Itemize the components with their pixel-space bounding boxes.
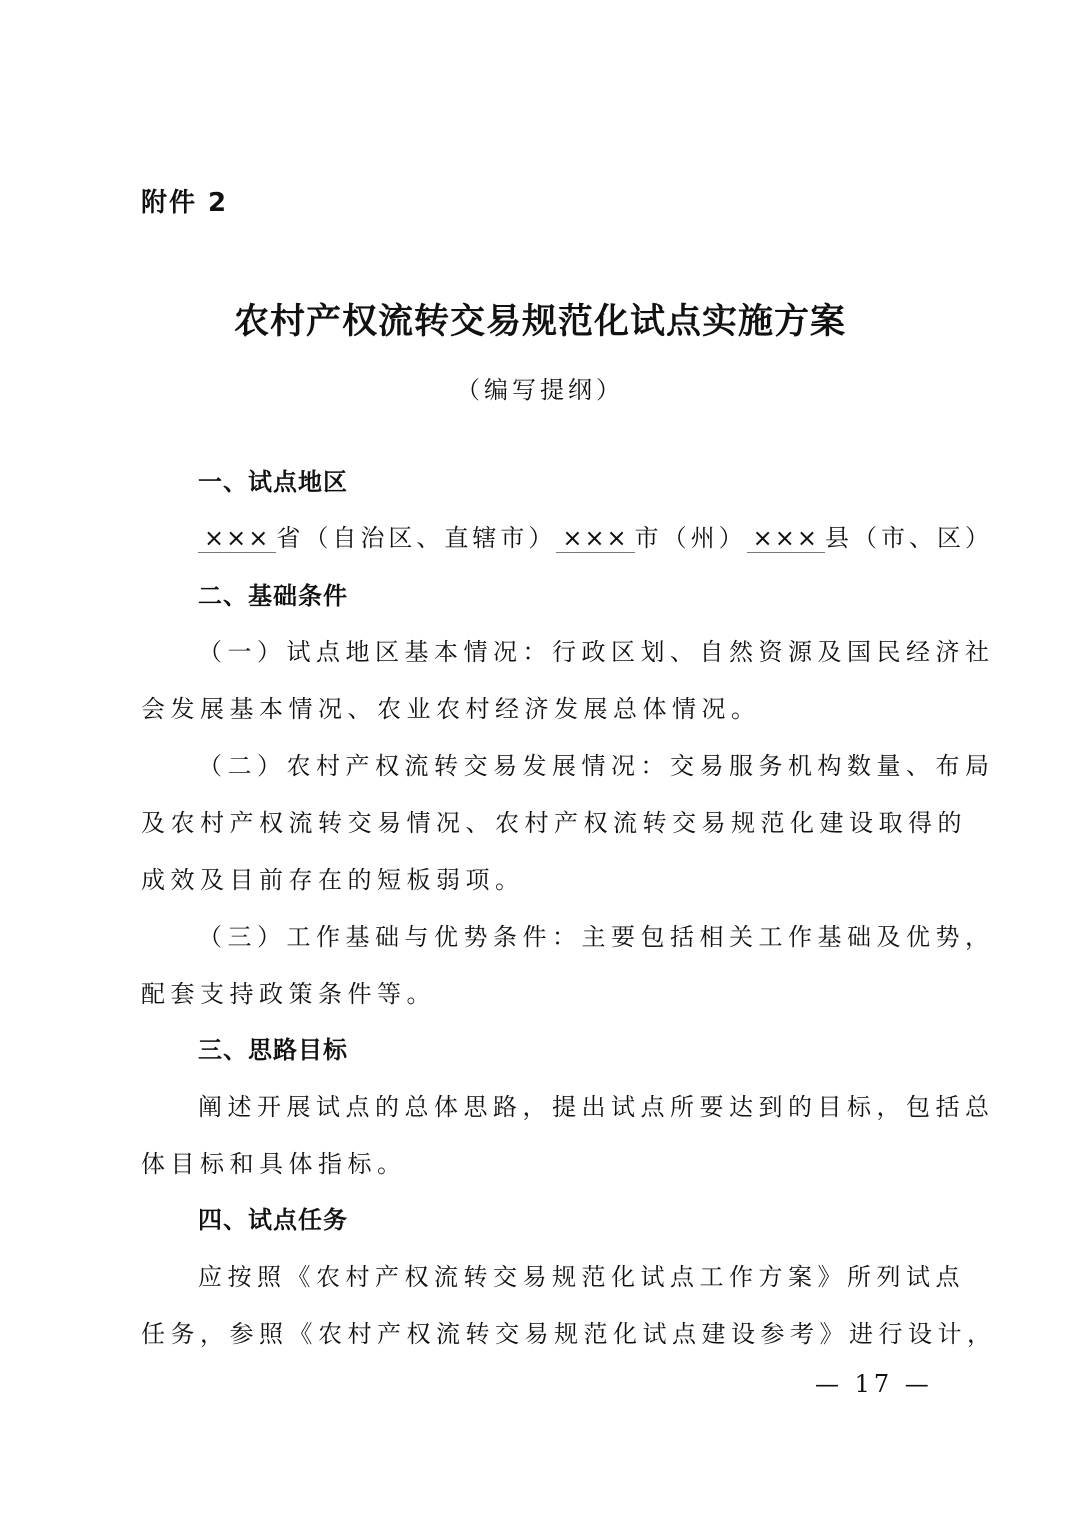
paragraph-line: 会发展基本情况、农业农村经济发展总体情况。: [141, 689, 941, 724]
province-blank: ×××: [198, 524, 276, 553]
paragraph-line: 及农村产权流转交易情况、农村产权流转交易规范化建设取得的: [141, 803, 941, 838]
paragraph-line: （一）试点地区基本情况：行政区划、自然资源及国民经济社: [198, 632, 998, 667]
city-blank: ×××: [556, 524, 634, 553]
attachment-label: 附件 2: [141, 182, 228, 219]
paragraph-line: 任务，参照《农村产权流转交易规范化试点建设参考》进行设计，: [141, 1314, 941, 1349]
document-title: 农村产权流转交易规范化试点实施方案: [0, 294, 1080, 344]
paragraph-line: 体目标和具体指标。: [141, 1144, 941, 1179]
section-heading-2: 二、基础条件: [198, 576, 348, 611]
document-subtitle: （编写提纲）: [0, 370, 1080, 405]
region-line: ×××省（自治区、直辖市）×××市（州）×××县（市、区）: [198, 518, 998, 553]
paragraph-line: 应按照《农村产权流转交易规范化试点工作方案》所列试点: [198, 1257, 998, 1292]
region-text-province: 省（自治区、直辖市）: [276, 524, 556, 552]
paragraph-line: 阐述开展试点的总体思路，提出试点所要达到的目标，包括总: [198, 1087, 998, 1122]
section-heading-1: 一、试点地区: [198, 462, 348, 497]
section-heading-4: 四、试点任务: [198, 1200, 348, 1235]
paragraph-line: 成效及目前存在的短板弱项。: [141, 860, 941, 895]
paragraph-line: 配套支持政策条件等。: [141, 974, 941, 1009]
region-text-city: 市（州）: [635, 524, 747, 552]
page-number: — 17 —: [815, 1370, 933, 1398]
county-blank: ×××: [747, 524, 825, 553]
paragraph-line: （三）工作基础与优势条件：主要包括相关工作基础及优势，: [198, 917, 998, 952]
region-text-county: 县（市、区）: [825, 524, 993, 552]
paragraph-line: （二）农村产权流转交易发展情况：交易服务机构数量、布局: [198, 746, 998, 781]
section-heading-3: 三、思路目标: [198, 1030, 348, 1065]
